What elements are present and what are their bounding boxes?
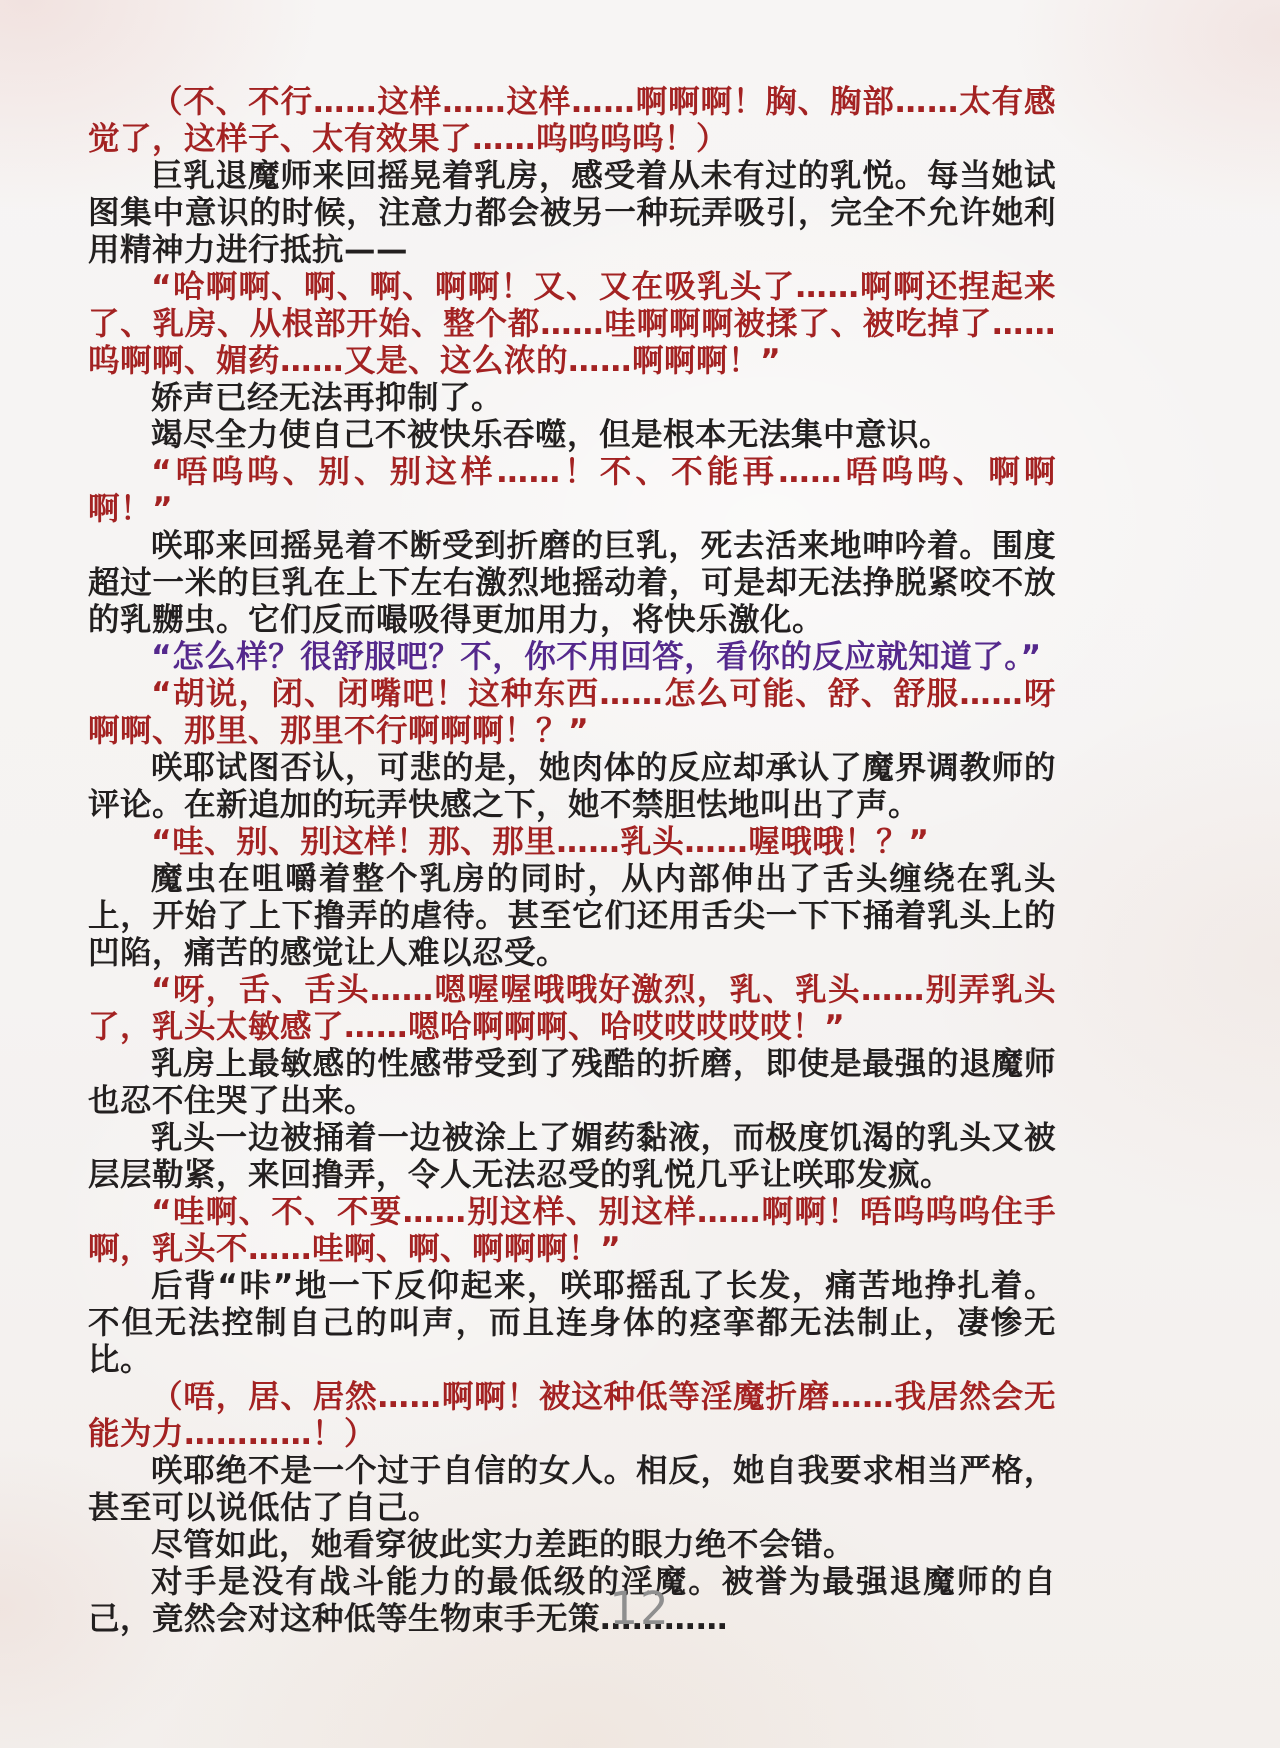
paragraph: 尽管如此，她看穿彼此实力差距的眼力绝不会错。 bbox=[88, 1527, 1056, 1564]
paragraph: 巨乳退魔师来回摇晃着乳房，感受着从未有过的乳悦。每当她试图集中意识的时候，注意力… bbox=[88, 158, 1056, 269]
paragraph: “哇啊、不、不要……别这样、别这样……啊啊！唔呜呜呜住手啊，乳头不……哇啊、啊、… bbox=[88, 1194, 1056, 1268]
paragraph: “怎么样？很舒服吧？不，你不用回答，看你的反应就知道了。” bbox=[88, 639, 1056, 676]
paragraph: 乳头一边被捅着一边被涂上了媚药黏液，而极度饥渴的乳头又被层层勒紧，来回撸弄，令人… bbox=[88, 1120, 1056, 1194]
paragraph: 竭尽全力使自己不被快乐吞噬，但是根本无法集中意识。 bbox=[88, 417, 1056, 454]
page-number: 12 bbox=[0, 1582, 1280, 1635]
paragraph: “呀，舌、舌头……嗯喔喔哦哦好激烈，乳、乳头……别弄乳头了，乳头太敏感了……嗯哈… bbox=[88, 972, 1056, 1046]
novel-page: （不、不行……这样……这样……啊啊啊！胸、胸部……太有感觉了，这样子、太有效果了… bbox=[0, 0, 1280, 1748]
paragraph: （唔，居、居然……啊啊！被这种低等淫魔折磨……我居然会无能为力…………！） bbox=[88, 1379, 1056, 1453]
paragraph: 后背“咔”地一下反仰起来，咲耶摇乱了长发，痛苦地挣扎着。不但无法控制自己的叫声，… bbox=[88, 1268, 1056, 1379]
paragraph: “哇、别、别这样！那、那里……乳头……喔哦哦！？” bbox=[88, 824, 1056, 861]
paragraph: 魔虫在咀嚼着整个乳房的同时，从内部伸出了舌头缠绕在乳头上，开始了上下撸弄的虐待。… bbox=[88, 861, 1056, 972]
paragraph: 娇声已经无法再抑制了。 bbox=[88, 380, 1056, 417]
paragraph: 乳房上最敏感的性感带受到了残酷的折磨，即使是最强的退魔师也忍不住哭了出来。 bbox=[88, 1046, 1056, 1120]
paragraph: “唔呜呜、别、别这样……！不、不能再……唔呜呜、啊啊啊！” bbox=[88, 454, 1056, 528]
paragraph: 咲耶来回摇晃着不断受到折磨的巨乳，死去活来地呻吟着。围度超过一米的巨乳在上下左右… bbox=[88, 528, 1056, 639]
paragraph: 咲耶绝不是一个过于自信的女人。相反，她自我要求相当严格，甚至可以说低估了自己。 bbox=[88, 1453, 1056, 1527]
page-text: （不、不行……这样……这样……啊啊啊！胸、胸部……太有感觉了，这样子、太有效果了… bbox=[88, 84, 1056, 1638]
paragraph: 咲耶试图否认，可悲的是，她肉体的反应却承认了魔界调教师的评论。在新追加的玩弄快感… bbox=[88, 750, 1056, 824]
paragraph: “胡说，闭、闭嘴吧！这种东西……怎么可能、舒、舒服……呀啊啊、那里、那里不行啊啊… bbox=[88, 676, 1056, 750]
paragraph: （不、不行……这样……这样……啊啊啊！胸、胸部……太有感觉了，这样子、太有效果了… bbox=[88, 84, 1056, 158]
paragraph: “哈啊啊、啊、啊、啊啊！又、又在吸乳头了……啊啊还捏起来了、乳房、从根部开始、整… bbox=[88, 269, 1056, 380]
